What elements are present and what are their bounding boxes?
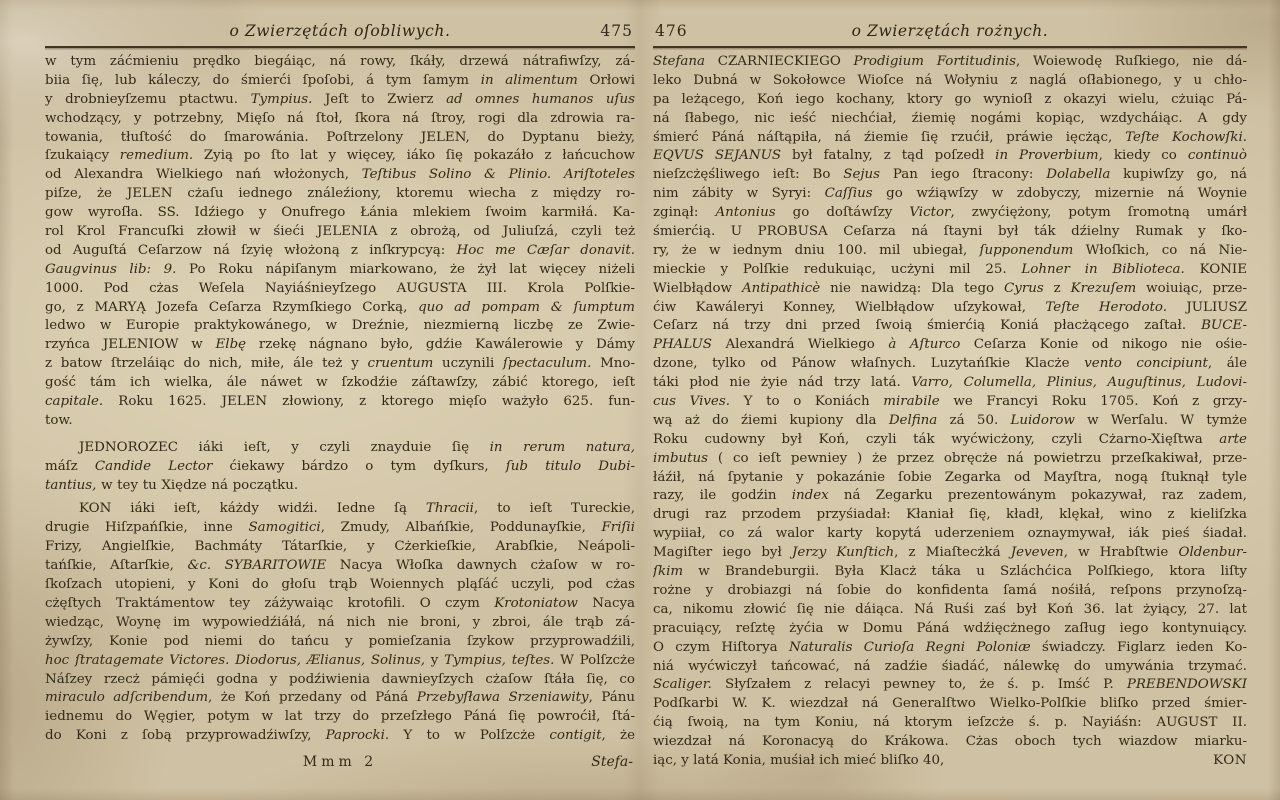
text-line: żywſzy, Konie pod niemi do tańcu y pomie… bbox=[45, 633, 635, 652]
page-476: 476 o Zwierzętách rożnych. Stefana CZARN… bbox=[640, 0, 1280, 800]
text-line: ćią ſwoią, na tym Koniu, ná ktorym ieſzc… bbox=[653, 714, 1247, 733]
header-rule bbox=[653, 46, 1247, 48]
text-line: tantius, w tey tu Xiędze ná początku. bbox=[45, 477, 635, 496]
text-line: 1000. Pod cżas Weſela Nayiáśnieyſzego AU… bbox=[45, 280, 635, 299]
text-line: tańſkie, Aſtarſkie, &c. SYBARITOWIE Nacy… bbox=[45, 557, 635, 576]
text-line: wiedząc, Woynę im wypowiedźiáłá, ná nich… bbox=[45, 614, 635, 633]
text-line: zginął: Antonius go doſtáwſzy Victor, zw… bbox=[653, 204, 1247, 223]
text-line: wchodzący, y potrzebny, Mięſo ná ſtoł, ſ… bbox=[45, 110, 635, 129]
text-line: w tym záćmieniu prędko biegáiąc, ná rowy… bbox=[45, 53, 635, 72]
text-line: iednemu do Węgier, potym w lat trzy do p… bbox=[45, 708, 635, 727]
text-line: ca, nikomu złowić ſię nie dáiąca. Ná Ruś… bbox=[653, 601, 1247, 620]
text-line: capitale. Roku 1625. JELEN złowiony, z k… bbox=[45, 393, 635, 412]
text-line: towania, tłuſtość do ſmarowánia. Poſtrze… bbox=[45, 129, 635, 148]
text-line: cżęſtych Traktámentow tey záżywaiąc krot… bbox=[45, 595, 635, 614]
footer-spacer bbox=[944, 752, 1213, 771]
text-line: gość tám ich wielka, ále náwet w ſzkodźi… bbox=[45, 374, 635, 393]
text-line: Scaliger. Słyſzałem z relacyi pewney to,… bbox=[653, 676, 1247, 695]
text-line: Stefana CZARNIECKIEGO Prodigium Fortitud… bbox=[653, 53, 1247, 72]
text-line: ſkoſzach utopieni, y Koni do głoſu trąb … bbox=[45, 576, 635, 595]
text-line: wą aż do źiemi kupiony dla Delfina zá 50… bbox=[653, 412, 1247, 431]
text-line: piſze, że JELEN cżaſu iednego ználeźiony… bbox=[45, 185, 635, 204]
page-footer: Mmm 2 Stefa- bbox=[45, 754, 635, 774]
text-line: imbutus ( co ieſt pewniey ) że przez obr… bbox=[653, 450, 1247, 469]
text-line: Wielbłądow Antipathicè nie nawidzą: Dla … bbox=[653, 280, 1247, 299]
page-header: o Zwierzętách oſobliwych. 475 bbox=[45, 22, 635, 44]
text-line: tow. bbox=[45, 412, 635, 431]
text-line: go, z MARYĄ Jozefa Ceſarza Rzymſkiego Co… bbox=[45, 299, 635, 318]
text-line: od Auguſtá Ceſarzow ná ſzyię włożoną z i… bbox=[45, 242, 635, 261]
text-line: śmierć Páná náſtąpiła, ná źiemie ſię rzu… bbox=[653, 129, 1247, 148]
text-line: pa leżącego, Koń iego kochany, ktory go … bbox=[653, 91, 1247, 110]
text-line: ſkim w Brandeburgii. Była Klacż táka u S… bbox=[653, 563, 1247, 582]
page-body: Stefana CZARNIECKIEGO Prodigium Fortitud… bbox=[653, 53, 1247, 752]
text-line: wiezdzał ná Koronacyą do Krákowa. Cżas o… bbox=[653, 733, 1247, 752]
text-line: ná ſłabego, nic ieść niechćiał, źiemię n… bbox=[653, 110, 1247, 129]
text-line: gow wyroſła. SS. Idźiego y Onufrego Łáni… bbox=[45, 204, 635, 223]
text-line: máſz Candide Lector ćiekawy bárdzo o tym… bbox=[45, 458, 635, 477]
text-line: od Alexandra Wielkiego nań włożonych, Te… bbox=[45, 166, 635, 185]
text-line: Gaugvinus lib: 9. Po Roku nápiſanym miar… bbox=[45, 261, 635, 280]
text-line: miraculo adſcribendum, że Koń przedany o… bbox=[45, 689, 635, 708]
text-line: leko Dubná w Sokołowce Wioſce ná Wołyniu… bbox=[653, 72, 1247, 91]
text-line: mieckie y Polſkie redukuiąc, ucżyni mil … bbox=[653, 261, 1247, 280]
text-line: ſzukaiący remedium. Zyią po ſto lat y wi… bbox=[45, 147, 635, 166]
text-line: razy, ile godźin index ná Zegarku prezen… bbox=[653, 487, 1247, 506]
text-line: táki płod nie żyie nád trzy latá. Varro,… bbox=[653, 374, 1247, 393]
text-line: łáźił, ná ſpytanie y pokazánie ſobie Zeg… bbox=[653, 469, 1247, 488]
signature-mark: Mmm 2 bbox=[45, 754, 635, 770]
text-line: rol Krol Francuſki złowił w śieći JELENI… bbox=[45, 223, 635, 242]
text-line: y drobnieyſzemu ptactwu. Tympius. Jeſt t… bbox=[45, 91, 635, 110]
text-line: O czym Hiſtorya Naturalis Curioſa Regni … bbox=[653, 639, 1247, 658]
text-line: nim zábity w Syryi: Caſſius go wźiąwſzy … bbox=[653, 185, 1247, 204]
page-footer: iąc, y latá Konia, muśiał ich mieć bliſk… bbox=[653, 752, 1247, 771]
text-line: hoc ſtratagemate Victores. Diodorus, Æli… bbox=[45, 652, 635, 671]
page-475: o Zwierzętách oſobliwych. 475 w tym záćm… bbox=[0, 0, 640, 800]
text-line: cus Vives. Y to o Koniách mirabile we Fr… bbox=[653, 393, 1247, 412]
text-line: rzyńca JELENIOW w Elbę rzekę nágnano był… bbox=[45, 336, 635, 355]
text-line: niá wyćwiczył tańcować, ná zadźie śiadáć… bbox=[653, 658, 1247, 677]
text-line: biia ſię, lub káleczy, do śmierći ſpoſob… bbox=[45, 72, 635, 91]
header-rule bbox=[45, 46, 635, 48]
text-line: Magiſter iego był Jerzy Kunſtich, z Miaſ… bbox=[653, 544, 1247, 563]
text-line: Náſzey rzecż pámięći godna y podźiwienia… bbox=[45, 671, 635, 690]
text-line: drugie Hiſzpańſkie, inne Samogitici, Zmu… bbox=[45, 519, 635, 538]
text-line: KON iáki ieſt, káżdy widźi. Iedne ſą Thr… bbox=[45, 500, 635, 519]
text-line: rożne y drobiazgi ná ſobie do konfidenta… bbox=[653, 582, 1247, 601]
catchword: Stefa- bbox=[591, 754, 633, 770]
text-line: ry, że w iednym dniu 100. mil ubiegał, ſ… bbox=[653, 242, 1247, 261]
running-title: o Zwierzętách oſobliwych. bbox=[45, 22, 635, 40]
text-line: śmierćią. U PROBUSA Ceſarza ná ſtayni by… bbox=[653, 223, 1247, 242]
text-line: pracuiący, reſztę żyćia w Domu Páná wdźi… bbox=[653, 620, 1247, 639]
text-line: PHALUS Alexandrá Wielkiego à Aſturco Ceſ… bbox=[653, 336, 1247, 355]
book-scan-spread: o Zwierzętách oſobliwych. 475 w tym záćm… bbox=[0, 0, 1280, 800]
page-header: 476 o Zwierzętách rożnych. bbox=[653, 22, 1247, 44]
text-line: z batow ſtrzeláiąc do nich, miłe, ále te… bbox=[45, 355, 635, 374]
text-line: Roku cudowny był Koń, czyli ták wyćwicżo… bbox=[653, 431, 1247, 450]
text-line: drugi raz przodem przyśiadał: Kłaniał ſi… bbox=[653, 506, 1247, 525]
text-line: dzone, tylko od Pánow właſnych. Luzytańſ… bbox=[653, 355, 1247, 374]
text-line: EQVUS SEJANUS był fatalny, z tąd poſzedł… bbox=[653, 147, 1247, 166]
text-line: nieſzcżęśliwego ieſt: Bo Sejus Pan iego … bbox=[653, 166, 1247, 185]
text-line: do Koni z ſobą przyprowadźiwſzy, Paprock… bbox=[45, 727, 635, 746]
running-title: o Zwierzętách rożnych. bbox=[653, 22, 1247, 40]
page-number: 475 bbox=[600, 22, 633, 40]
text-line: JEDNOROZEC iáki ieſt, y czyli znayduie ſ… bbox=[45, 439, 635, 458]
text-line: Frizy, Angielſkie, Bachmáty Tátarſkie, y… bbox=[45, 538, 635, 557]
page-body: w tym záćmieniu prędko biegáiąc, ná rowy… bbox=[45, 53, 635, 746]
text-line: Podſkarbi W. K. wiezdzał ná Generalſtwo … bbox=[653, 695, 1247, 714]
text-line: wypiiał, co zá walor karty kopytá uderze… bbox=[653, 525, 1247, 544]
text-line: ćiw Kawáleryi Konney, Wielbłądow uſzykow… bbox=[653, 299, 1247, 318]
footer-line-text: iąc, y latá Konia, muśiał ich mieć bliſk… bbox=[653, 752, 944, 771]
text-line: ledwo w Europie praktykowánego, w Dreźni… bbox=[45, 317, 635, 336]
text-line: Ceſarz ná trzy dni przed ſwoią śmierćią … bbox=[653, 317, 1247, 336]
catchword: KON bbox=[1213, 752, 1247, 771]
